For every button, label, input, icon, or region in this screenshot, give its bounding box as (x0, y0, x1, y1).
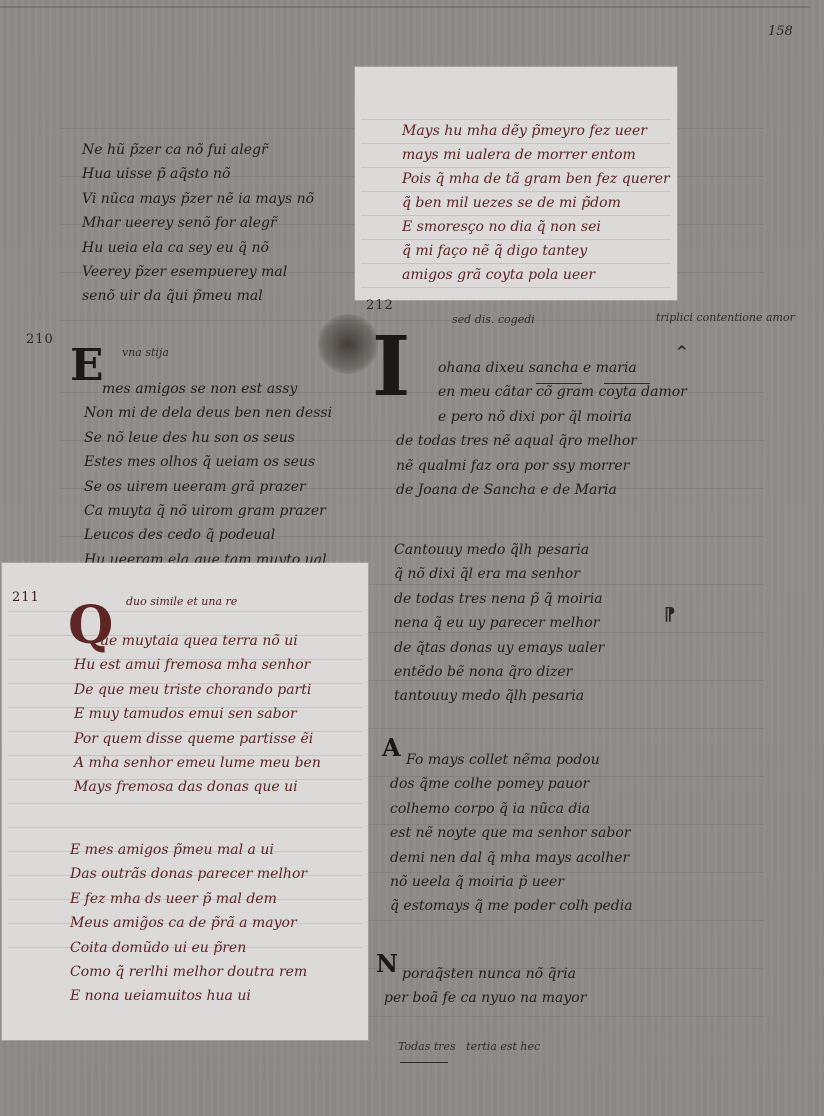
verse-line: Non mi de dela deus ben nen dessi (84, 401, 332, 425)
verse-line: Mhar ueerey senõ for alegr̃ (82, 211, 314, 235)
verse-line: E muy tamudos emui sen sabor (74, 702, 321, 726)
verse-line: Mays fremosa das donas que ui (74, 775, 321, 799)
verse-line: ohana dixeu sancha e maria (386, 356, 687, 380)
verse-line: Se os uirem ueeram grã prazer (84, 475, 332, 499)
verse-line: Estes mes olhos q̃ ueiam os seus (84, 450, 332, 474)
poem-212-stanza-2: Cantouuy medo q̃lh pesaria q̃ nõ dixi q̃… (394, 538, 604, 709)
verse-line: Meus amig̃os ca de p̃rã a mayor (70, 911, 307, 935)
verse-line: nẽ qualmi faz ora por ssy morrer (386, 454, 687, 478)
verse-line: entẽdo bẽ nona q̃ro dizer (394, 660, 604, 684)
rubric-212: sed dis. cogedi (452, 313, 535, 326)
paragraph-mark: ⁋ (664, 604, 675, 625)
verse-line: en meu cãtar cõ gram coyta damor (386, 380, 687, 404)
verse-line: mays mi ualera de morrer entom (402, 143, 670, 167)
poem-212-stanza-3: Fo mays collet nẽma podou dos q̃me colhe… (390, 748, 633, 919)
verse-line: per boã fe ca nyuo na mayor (384, 986, 586, 1010)
verse-line: E smoresço no dia q̃ non sei (402, 215, 670, 239)
rubric-211: duo simile et una re (126, 595, 237, 608)
verse-line: Ca muyta q̃ nõ uirom gram prazer (84, 499, 332, 523)
verse-line: Hu ueia ela ca sey eu q̃ nõ (82, 236, 314, 260)
ink-blot (318, 314, 378, 374)
verse-line: Cantouuy medo q̃lh pesaria (394, 538, 604, 562)
verse-line: amigos grã coyta pola ueer (402, 263, 670, 287)
rubric-210: vna stija (122, 346, 169, 359)
poem-number-211: 211 (12, 590, 40, 605)
verse-line: Hu est amui fremosa mha senhor (74, 653, 321, 677)
poem-212-stanza-1: ohana dixeu sancha e maria en meu cãtar … (386, 356, 687, 502)
verse-line: Ne hũ p̃zer ca nõ fui alegr̃ (82, 138, 314, 162)
verse-line: q̃ ben mil uezes se de mi p̃dom (402, 191, 670, 215)
folio-number: 158 (768, 24, 793, 39)
verse-line: Como q̃ rerlhi melhor doutra rem (70, 960, 307, 984)
verse-line: de q̃tas donas uy emays ualer (394, 636, 604, 660)
margin-note-212: triplici contentione amor (656, 311, 795, 324)
right-top-poem: Mays hu mha dẽy p̃meyro fez ueer mays mi… (402, 119, 670, 287)
verse-line: E nona ueiamuitos hua ui (70, 984, 307, 1008)
verse-line: q̃ mi faço nẽ q̃ digo tantey (402, 239, 670, 263)
poem-number-210: 210 (26, 332, 54, 347)
verse-line: colhemo corpo q̃ ia nũca dia (390, 797, 633, 821)
verse-line: E mes amigos p̃meu mal a ui (70, 838, 307, 862)
verse-line: Vi nũca mays p̃zer nẽ ia mays nõ (82, 187, 314, 211)
verse-line: tantouuy medo q̃lh pesaria (394, 684, 604, 708)
verse-line: Mays hu mha dẽy p̃meyro fez ueer (402, 119, 670, 143)
verse-line: Leucos des cedo q̃ podeual (84, 523, 332, 547)
verse-line: poraq̃sten nunca nõ q̃ria (384, 962, 586, 986)
verse-line: ue muytaia quea terra nõ ui (74, 629, 321, 653)
verse-line: q̃ estomays q̃ me poder colh pedia (390, 894, 633, 918)
poem-211-stanza-1: ue muytaia quea terra nõ ui Hu est amui … (74, 629, 321, 800)
verse-line: mes amigos se non est assy (84, 377, 332, 401)
verse-line: A mha senhor emeu lume meu ben (74, 751, 321, 775)
poem-210-text: mes amigos se non est assy Non mi de del… (84, 377, 332, 572)
verse-line: nõ ueela q̃ moiria p̃ ueer (390, 870, 633, 894)
verse-line: dos q̃me colhe pomey pauor (390, 772, 633, 796)
verse-line: Das outrãs donas parecer melhor (70, 862, 307, 886)
poem-number-212: 212 (366, 298, 394, 313)
verse-line: Por quem disse queme partisse ẽi (74, 727, 321, 751)
verse-line: de todas tres nẽ aqual q̃ro melhor (386, 429, 687, 453)
verse-line: senõ uir da q̃ui p̃meu mal (82, 284, 314, 308)
verse-line: Veerey p̃zer esempuerey mal (82, 260, 314, 284)
verse-line: de Joana de Sancha e de Maria (386, 478, 687, 502)
verse-line: nena q̃ eu uy parecer melhor (394, 611, 604, 635)
verse-line: est nẽ noyte que ma senhor sabor (390, 821, 633, 845)
verse-line: demi nen dal q̃ mha mays acolher (390, 846, 633, 870)
footer-note: Todas tres tertia est hec (398, 1040, 540, 1053)
verse-line: Se nõ leue des hu son os seus (84, 426, 332, 450)
verse-line: E fez mha ds ueer p̃ mal dem (70, 887, 307, 911)
verse-line: e pero nõ dixi por q̃l moiria (386, 405, 687, 429)
left-top-poem: Ne hũ p̃zer ca nõ fui alegr̃ Hua uisse p… (82, 138, 314, 309)
page-top-edge (0, 6, 810, 8)
verse-line: De que meu triste chorando parti (74, 678, 321, 702)
verse-line: Coita domũdo ui eu p̃ren (70, 936, 307, 960)
poem-211-stanza-2: E mes amigos p̃meu mal a ui Das outrãs d… (70, 838, 307, 1009)
footer-underline (400, 1062, 448, 1063)
verse-line: q̃ nõ dixi q̃l era ma senhor (394, 562, 604, 586)
verse-line: Pois q̃ mha de tã gram ben fez querer (402, 167, 670, 191)
poem-212-stanza-4: poraq̃sten nunca nõ q̃ria per boã fe ca … (384, 962, 586, 1011)
verse-line: Hua uisse p̃ aq̃sto nõ (82, 162, 314, 186)
verse-line: Fo mays collet nẽma podou (390, 748, 633, 772)
verse-line: de todas tres nena p̃ q̃ moiria (394, 587, 604, 611)
